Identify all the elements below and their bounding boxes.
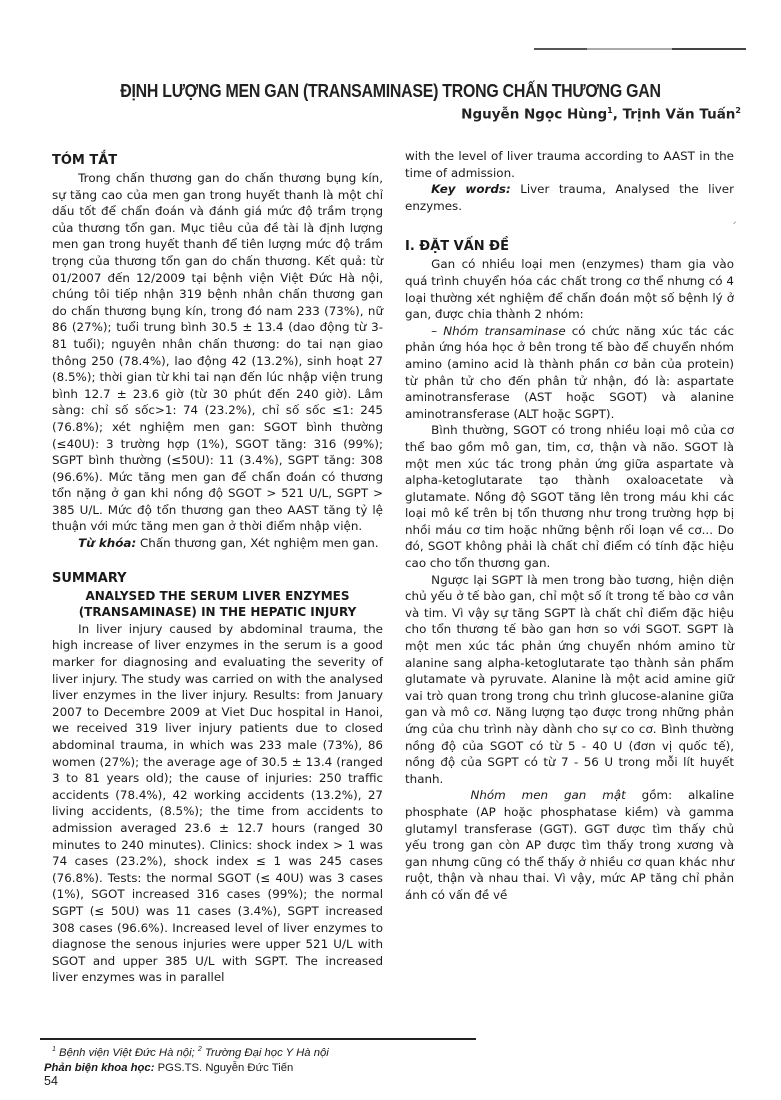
author-name: Nguyễn Ngọc Hùng <box>461 107 607 123</box>
keywords-text: Chấn thương gan, Xét nghiệm men gan. <box>136 536 378 550</box>
author-separator: , <box>613 107 623 123</box>
author-name: Trịnh Văn Tuấn <box>623 107 736 123</box>
keywords-label: Từ khóa: <box>78 536 136 550</box>
page-number: 54 <box>44 1074 58 1088</box>
right-column: with the level of liver trauma according… <box>405 148 734 904</box>
term-transaminase: Nhóm transaminase <box>443 324 565 338</box>
keywords-label: Key words: <box>431 182 511 196</box>
list-dash: – <box>431 324 443 338</box>
summary-heading: SUMMARY <box>52 570 383 588</box>
intro-paragraph-1: Gan có nhiều loại men (enzymes) tham gia… <box>405 256 734 322</box>
intro-paragraph-3: Bình thường, SGOT có trong nhiều loại mô… <box>405 422 734 571</box>
affiliation-2: Trường Đại học Y Hà nội <box>202 1047 329 1059</box>
header-rule <box>534 48 746 50</box>
reviewer-label: Phản biện khoa học: <box>44 1062 154 1074</box>
intro-paragraph-2: – Nhóm transaminase có chức năng xúc tác… <box>405 323 734 423</box>
summary-body-continued: with the level of liver trauma according… <box>405 148 734 181</box>
left-column: TÓM TẮT Trong chấn thương gan do chấn th… <box>52 152 383 986</box>
abstract-vn-heading: TÓM TẮT <box>52 152 383 170</box>
section-heading-introduction: I. ĐẶT VẤN ĐỀ <box>405 238 734 256</box>
summary-title-line1: ANALYSED THE SERUM LIVER ENZYMES <box>52 588 383 605</box>
affiliation-1: Bệnh viện Việt Đức Hà nội; <box>56 1047 198 1059</box>
intro-paragraph-4: Ngược lại SGPT là men trong bào tương, h… <box>405 572 734 788</box>
summary-body: In liver injury caused by abdominal trau… <box>52 621 383 986</box>
affiliation-marker: 2 <box>735 106 741 115</box>
abstract-vn-body: Trong chấn thương gan do chấn thương bụn… <box>52 170 383 535</box>
article-title: ĐỊNH LƯỢNG MEN GAN (TRANSAMINASE) TRONG … <box>55 80 727 102</box>
term-bile-enzymes: Nhóm men gan mật <box>470 788 625 802</box>
reviewer-name: PGS.TS. Nguyễn Đức Tiến <box>154 1062 293 1074</box>
paragraph-text: có chức năng xúc tác các phản ứng hóa họ… <box>405 324 734 421</box>
reviewer-line: Phản biện khoa học: PGS.TS. Nguyễn Đức T… <box>44 1061 329 1076</box>
footnotes: 1 Bệnh viện Việt Đức Hà nội; 2 Trường Đạ… <box>44 1042 329 1076</box>
affiliations-footnote: 1 Bệnh viện Việt Đức Hà nội; 2 Trường Đạ… <box>44 1042 329 1061</box>
paragraph-text: gồm: alkaline phosphate (AP hoặc phospha… <box>405 788 734 902</box>
footnote-rule <box>40 1038 476 1040</box>
summary-title-line2: (TRANSAMINASE) IN THE HEPATIC INJURY <box>52 604 383 621</box>
author-list: Nguyễn Ngọc Hùng1, Trịnh Văn Tuấn2 <box>461 106 741 123</box>
abstract-vn-keywords: Từ khóa: Chấn thương gan, Xét nghiệm men… <box>52 535 383 552</box>
summary-keywords: Key words: Liver trauma, Analysed the li… <box>405 181 734 214</box>
intro-paragraph-5: Nhóm men gan mật gồm: alkaline phosphate… <box>405 787 734 903</box>
